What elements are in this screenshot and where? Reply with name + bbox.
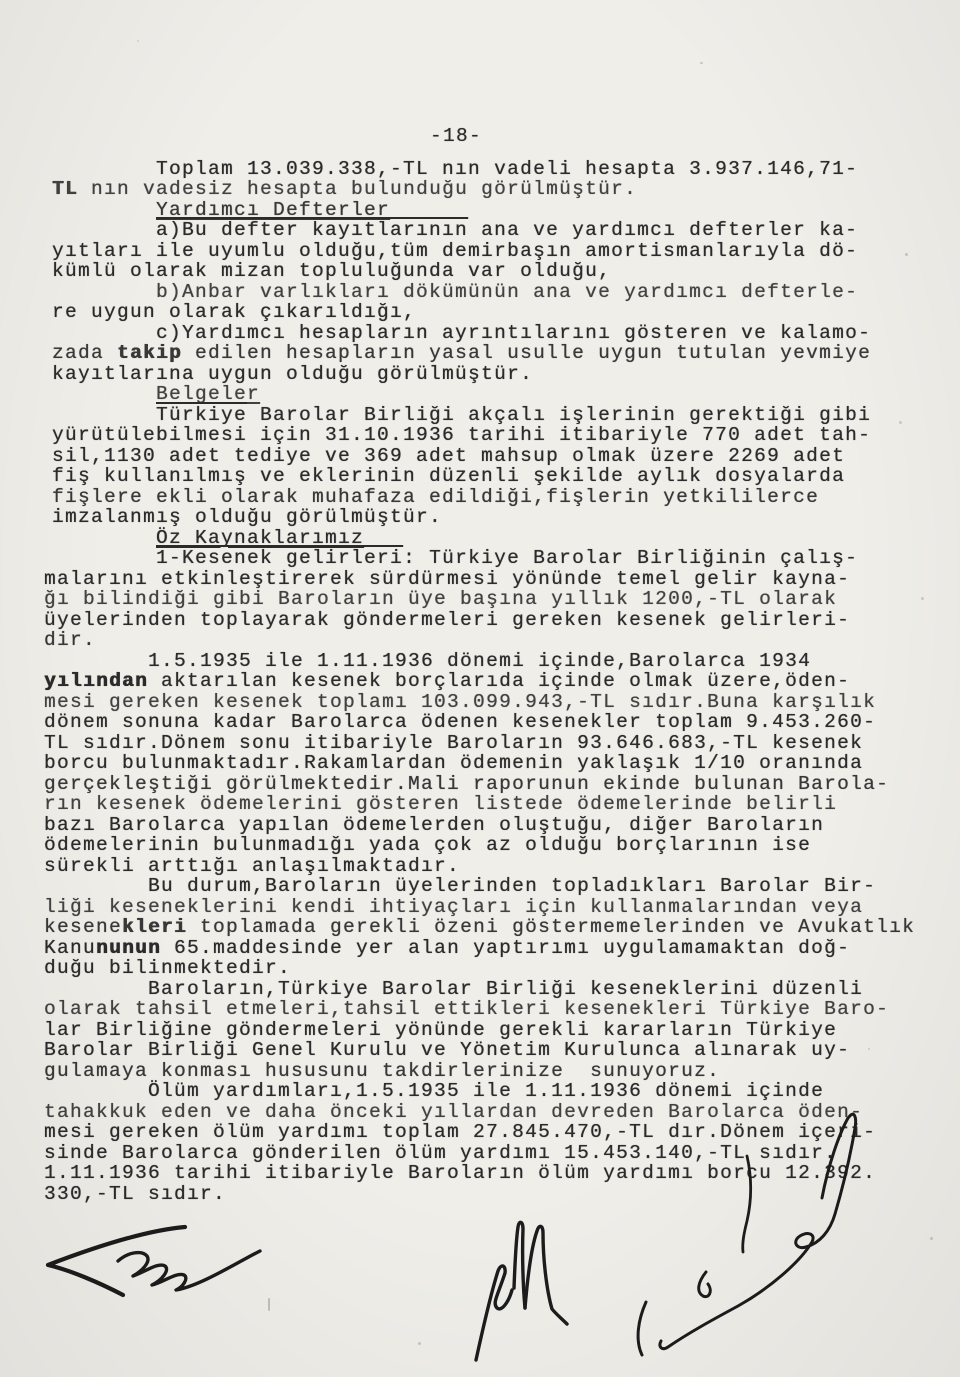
text-line: zada takip edilen hesapların yasal usull… — [52, 343, 940, 364]
text-line: fiş kullanılmış ve eklerinin düzenli şek… — [52, 466, 940, 487]
text-line: dir. — [44, 630, 940, 651]
signature-stroke — [699, 1272, 711, 1297]
text-line: rın kesenek ödemelerini gösteren listede… — [44, 794, 940, 815]
text-line: kayıtlarına uygun olduğu görülmüştür. — [52, 364, 940, 385]
text-line: sürekli arttığı anlaşılmaktadır. — [44, 856, 940, 877]
scan-speck — [700, 62, 703, 64]
text-line: 1.5.1935 ile 1.11.1936 dönemi içinde,Bar… — [44, 651, 940, 672]
text-line: Yardımcı Defterler — [52, 200, 940, 221]
text-line: liği keseneklerini kendi ihtiyaçları içi… — [44, 897, 940, 918]
text-line: lar Birliğine göndermeleri yönünde gerek… — [44, 1020, 940, 1041]
text-line: Öz Kaynaklarımız — [52, 528, 940, 549]
text-line: re uygun olarak çıkarıldığı, — [52, 302, 940, 323]
signature-stroke — [118, 1251, 260, 1290]
text-line: yıtları ile uyumlu olduğu,tüm demirbaşın… — [52, 241, 940, 262]
text-line: mesi gereken ölüm yardımı toplam 27.845.… — [44, 1122, 940, 1143]
signature-stroke — [638, 1302, 646, 1355]
text-line: duğu bilinmektedir. — [44, 958, 940, 979]
text-line: Ölüm yardımları,1.5.1935 ile 1.11.1936 d… — [44, 1081, 940, 1102]
text-line: bazı Barolarca yapılan ödemelerden oluşt… — [44, 815, 940, 836]
text-line: kesenekleri toplamada gerekli özeni göst… — [44, 917, 940, 938]
text-line: kümlü olarak mizan topluluğunda var oldu… — [52, 261, 940, 282]
text-line: ğı bilindiği gibi Baroların üye başına y… — [44, 589, 940, 610]
text-line: fişlere ekli olarak muhafaza edildiği,fi… — [52, 487, 940, 508]
text-line: Bu durum,Baroların üyelerinden topladıkl… — [44, 876, 940, 897]
scan-speck — [930, 1237, 933, 1240]
text-line: tahakkuk eden ve daha önceki yıllardan d… — [44, 1102, 940, 1123]
scan-speck — [268, 1298, 270, 1311]
scan-speck — [137, 40, 139, 42]
text-line: Toplam 13.039.338,-TL nın vadeli hesapta… — [52, 159, 940, 180]
document-page: -18- Toplam 13.039.338,-TL nın vadeli he… — [0, 0, 960, 1377]
text-line: dönem sonuna kadar Barolarca ödenen kese… — [44, 712, 940, 733]
signature-stroke — [525, 1226, 567, 1324]
text-line: gulamaya konması hususunu takdirlerinize… — [44, 1061, 940, 1082]
text-line: mesi gereken kesenek toplamı 103.099.943… — [44, 692, 940, 713]
text-line: sil,1130 adet tediye ve 369 adet mahsup … — [52, 446, 940, 467]
signature-stroke — [514, 1222, 525, 1308]
scan-speck — [418, 1342, 421, 1345]
text-line: ödemelerinin bulunmadığı yada çok az old… — [44, 835, 940, 856]
text-line: malarını etkinleştirerek sürdürmesi yönü… — [44, 569, 940, 590]
text-line: Türkiye Barolar Birliği akçalı işlerinin… — [52, 405, 940, 426]
text-line: Baroların,Türkiye Barolar Birliği kesene… — [44, 979, 940, 1000]
text-line: Belgeler — [52, 384, 940, 405]
text-line: a)Bu defter kayıtlarının ana ve yardımcı… — [52, 220, 940, 241]
text-line: sinde Barolarca gönderilen ölüm yardımı … — [44, 1143, 940, 1164]
text-line: TL sıdır.Dönem sonu itibariyle Baroların… — [44, 733, 940, 754]
text-line: 1.11.1936 tarihi itibariyle Baroların öl… — [44, 1163, 940, 1184]
text-line: imzalanmış olduğu görülmüştür. — [52, 507, 940, 528]
text-line: Barolar Birliği Genel Kurulu ve Yönetim … — [44, 1040, 940, 1061]
text-line: b)Anbar varlıkları dökümünün ana ve yard… — [52, 282, 940, 303]
signature-stroke — [476, 1266, 512, 1360]
signature-center — [476, 1222, 567, 1360]
text-line: TL nın vadesiz hesapta bulunduğu görülmü… — [52, 179, 940, 200]
text-line: gerçekleştiği görülmektedir.Mali raporun… — [44, 774, 940, 795]
text-line: olarak tahsil etmeleri,tahsil ettikleri … — [44, 999, 940, 1020]
text-line: yılından aktarılan kesenek borçlarıda iç… — [44, 671, 940, 692]
text-line: 1-Kesenek gelirleri: Türkiye Barolar Bir… — [52, 548, 940, 569]
text-line: c)Yardımcı hesapların ayrıntılarını göst… — [52, 323, 940, 344]
text-line: Kanununun 65.maddesinde yer alan yaptırı… — [44, 938, 940, 959]
document-lines: Toplam 13.039.338,-TL nın vadeli hesapta… — [52, 159, 940, 1205]
text-line: üyelerinden toplayarak göndermeleri gere… — [44, 610, 940, 631]
signature-stroke — [48, 1227, 185, 1295]
page-number: -18- — [12, 126, 900, 147]
scan-speck — [921, 597, 924, 600]
scan-speck — [60, 468, 62, 470]
scan-speck — [899, 421, 902, 424]
text-line: 330,-TL sıdır. — [44, 1184, 940, 1205]
text-line: yürütülebilmesi için 31.10.1936 tarihi i… — [52, 425, 940, 446]
scan-speck — [905, 253, 908, 256]
document-content: -18- Toplam 13.039.338,-TL nın vadeli he… — [52, 126, 940, 1204]
text-line: borcu bulunmaktadır.Rakamlardan ödemenin… — [44, 753, 940, 774]
signature-left — [48, 1227, 260, 1295]
scan-speck — [868, 1048, 870, 1050]
